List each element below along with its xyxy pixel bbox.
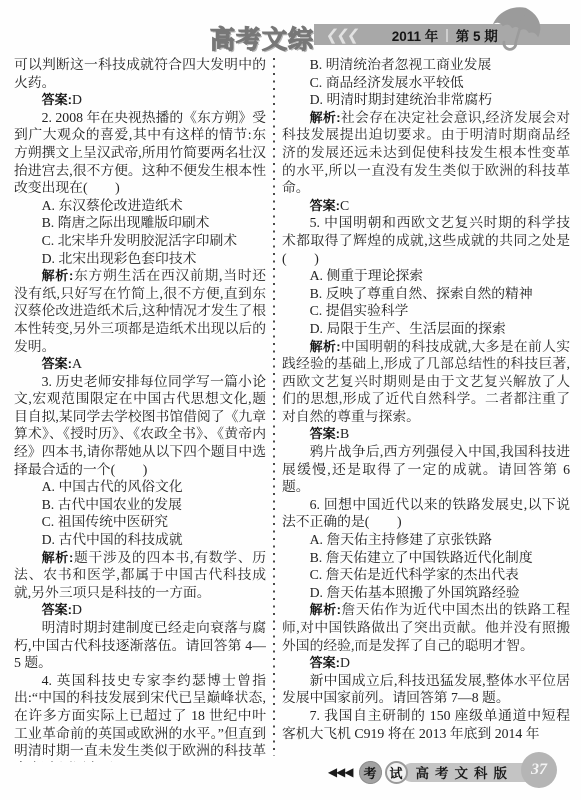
question-paragraph: 2. 2008 年在央视热播的《东方朔》受到广大观众的喜爱,其中有这样的情节:东… — [14, 109, 266, 197]
answer-paragraph: 答案:B — [282, 425, 570, 443]
option-paragraph: B. 明清统治者忽视工商业发展 — [282, 56, 570, 74]
magazine-page: 高考文综 ❮❮❮ 2011 年 | 第 5 期 可以判断这一科技成就符合四大发明… — [0, 0, 581, 800]
answer-label: 答案: — [310, 655, 340, 670]
question-paragraph: 3. 历史老师安排每位同学写一篇小论文,宏观范围限定在中国古代思想文化,题目自拟… — [14, 373, 266, 479]
answer-paragraph: 答案:A — [14, 355, 266, 373]
option-paragraph: C. 北宋毕升发明胶泥活字印刷术 — [14, 232, 266, 250]
answer-paragraph: 答案:C — [282, 197, 570, 215]
answer-label: 答案: — [310, 426, 340, 441]
chevrons-icon: ❮❮❮ — [325, 26, 359, 44]
option-paragraph: C. 詹天佑是近代科学家的杰出代表 — [282, 566, 570, 584]
left-column: 可以判断这一科技成就符合四大发明中的火药。答案:D2. 2008 年在央视热播的… — [14, 56, 266, 762]
analysis-paragraph: 解析:东方朔生活在西汉前期,当时还没有纸,只好写在竹简上,很不方便,直到东汉蔡伦… — [14, 267, 266, 355]
masthead-logo: 高考文综 — [210, 20, 314, 56]
analysis-label: 解析: — [42, 550, 74, 565]
issue-year: 2011 年 — [392, 25, 439, 45]
option-paragraph: C. 祖国传统中医研究 — [14, 513, 266, 531]
note-paragraph: 鸦片战争后,西方列强侵入中国,我国科技进展缓慢,还是取得了一定的成就。请回答第 … — [282, 443, 570, 496]
option-paragraph: B. 詹天佑建立了中国铁路近代化制度 — [282, 549, 570, 567]
option-paragraph: B. 隋唐之际出现雕版印刷术 — [14, 214, 266, 232]
analysis-paragraph: 解析:社会存在决定社会意识,经济发展会对科技发展提出迫切要求。由于明清时期商品经… — [282, 109, 570, 197]
exam-badge-shi: 试 — [385, 761, 408, 784]
answer-paragraph: 答案:D — [282, 654, 570, 672]
analysis-paragraph: 解析:詹天佑作为近代中国杰出的铁路工程师,对中国铁路做出了突出贡献。他并没有照搬… — [282, 601, 570, 654]
analysis-label: 解析: — [310, 339, 341, 354]
footer: ◀◀◀ 考 试 高考文科版 37 — [328, 751, 557, 789]
umbrella-icon — [487, 4, 553, 60]
answer-label: 答案: — [42, 602, 72, 617]
issue-separator: | — [445, 27, 449, 42]
option-paragraph: D. 局限于生产、生活层面的探索 — [282, 320, 570, 338]
option-paragraph: D. 明清时期封建统治非常腐朽 — [282, 91, 570, 109]
option-paragraph: A. 东汉蔡伦改进造纸术 — [14, 197, 266, 215]
option-paragraph: D. 北宋出现彩色套印技术 — [14, 250, 266, 268]
option-paragraph: A. 中国古代的风俗文化 — [14, 478, 266, 496]
option-paragraph: D. 古代中国的科技成就 — [14, 531, 266, 549]
option-paragraph: A. 詹天佑主持修建了京张铁路 — [282, 531, 570, 549]
header: 高考文综 ❮❮❮ 2011 年 | 第 5 期 — [0, 0, 581, 54]
article-body: 可以判断这一科技成就符合四大发明中的火药。答案:D2. 2008 年在央视热播的… — [14, 56, 570, 762]
exam-badge-kao: 考 — [359, 761, 382, 784]
page-number-badge: 37 — [521, 752, 557, 788]
issue-info: 2011 年 | 第 5 期 — [392, 25, 498, 45]
option-paragraph: A. 侧重于理论探索 — [282, 267, 570, 285]
analysis-label: 解析: — [42, 268, 74, 283]
option-paragraph: B. 反映了尊重自然、探索自然的精神 — [282, 285, 570, 303]
answer-paragraph: 答案:D — [14, 91, 266, 109]
answer-label: 答案: — [42, 356, 72, 371]
note-paragraph: 明清时期封建制度已经走向衰落与腐朽,中国古代科技逐渐落伍。请回答第 4—5 题。 — [14, 619, 266, 672]
answer-label: 答案: — [310, 198, 340, 213]
question-paragraph: 5. 中国明朝和西欧文艺复兴时期的科学技术都取得了辉煌的成就,这些成就的共同之处… — [282, 214, 570, 267]
right-column: B. 明清统治者忽视工商业发展C. 商品经济发展水平较低D. 明清时期封建统治非… — [282, 56, 570, 762]
question-paragraph: 4. 英国科技史专家李约瑟博士曾指出:“中国的科技发展到宋代已呈巅峰状态,在许多… — [14, 672, 266, 762]
question-paragraph: 6. 回想中国近代以来的铁路发展史,以下说法不正确的是( ) — [282, 496, 570, 531]
question-paragraph: 7. 我国自主研制的 150 座级单通道中短程客机大飞机 C919 将在 201… — [282, 707, 570, 742]
column-divider — [273, 58, 275, 756]
analysis-label: 解析: — [310, 110, 341, 125]
note-paragraph: 新中国成立后,科技迅猛发展,整体水平位居发展中国家前列。请回答第 7—8 题。 — [282, 672, 570, 707]
analysis-label: 解析: — [310, 602, 341, 617]
option-paragraph: B. 古代中国农业的发展 — [14, 496, 266, 514]
option-paragraph: C. 商品经济发展水平较低 — [282, 74, 570, 92]
analysis-paragraph: 解析:题干涉及的四本书,有数学、历法、农书和医学,都属于中国古代科技成就,另外三… — [14, 549, 266, 602]
answer-label: 答案: — [42, 92, 72, 107]
option-paragraph: D. 詹天佑基本照搬了外国筑路经验 — [282, 584, 570, 602]
option-paragraph: C. 提倡实验科学 — [282, 302, 570, 320]
page-number: 37 — [531, 761, 547, 779]
footer-arrows-icon: ◀◀◀ — [328, 765, 353, 779]
plain-paragraph: 可以判断这一科技成就符合四大发明中的火药。 — [14, 56, 266, 91]
answer-paragraph: 答案:D — [14, 601, 266, 619]
analysis-paragraph: 解析:中国明朝的科技成就,大多是在前人实践经验的基础上,形成了几部总结性的科技巨… — [282, 338, 570, 426]
